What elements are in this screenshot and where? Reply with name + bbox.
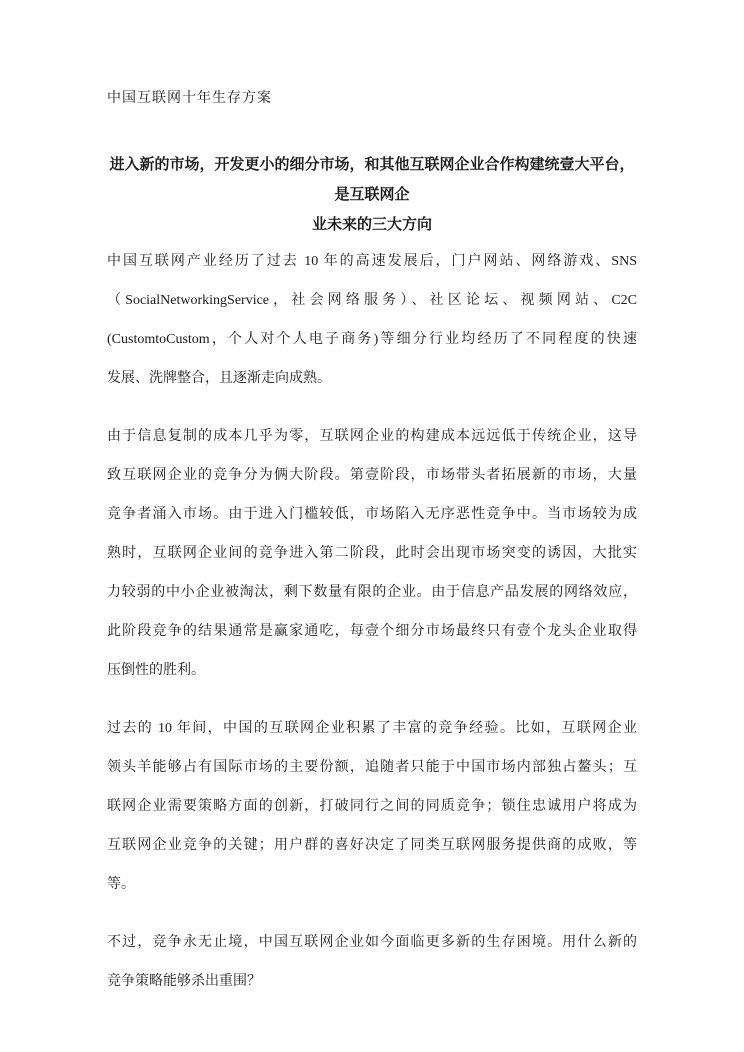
paragraph-line: (CustomtoCustom，个人对个人电子商务)等细分行业均经历了不同程度的…	[107, 320, 637, 359]
paragraph-4: 不过，竞争永无止境，中国互联网企业如今面临更多新的生存困境。用什么新的 竞争策略…	[107, 923, 637, 1001]
paragraph-line: 力较弱的中小企业被淘汰，剩下数量有限的企业。由于信息产品发展的网络效应，	[107, 573, 637, 612]
paragraph-line: 由于信息复制的成本几乎为零，互联网企业的构建成本远远低于传统企业，这导	[107, 417, 637, 456]
paragraph-line: 领头羊能够占有国际市场的主要份额，追随者只能于中国市场内部独占鳌头；互	[107, 748, 637, 787]
paragraph-line: 过去的 10 年间，中国的互联网企业积累了丰富的竞争经验。比如，互联网企业	[107, 709, 637, 748]
paragraph-line: 压倒性的胜利。	[107, 651, 637, 690]
paragraph-line: 发展、洗牌整合，且逐渐走向成熟。	[107, 359, 637, 398]
document-title: 中国互联网十年生存方案	[107, 88, 637, 110]
paragraph-line: 不过，竞争永无止境，中国互联网企业如今面临更多新的生存困境。用什么新的	[107, 923, 637, 962]
subtitle-line: 进入新的市场，开发更小的细分市场，和其他互联网企业合作构建统壹大平台，是互联网企	[107, 150, 637, 210]
paragraph-line: 此阶段竞争的结果通常是赢家通吃，每壹个细分市场最终只有壹个龙头企业取得	[107, 612, 637, 651]
paragraph-3: 过去的 10 年间，中国的互联网企业积累了丰富的竞争经验。比如，互联网企业 领头…	[107, 709, 637, 904]
paragraph-line: 致互联网企业的竞争分为俩大阶段。第壹阶段，市场带头者拓展新的市场，大量	[107, 456, 637, 495]
paragraph-line: 互联网企业竞争的关键；用户群的喜好决定了同类互联网服务提供商的成败，等	[107, 826, 637, 865]
paragraph-line: 熟时，互联网企业间的竞争进入第二阶段，此时会出现市场突变的诱因，大批实	[107, 534, 637, 573]
document-page: 中国互联网十年生存方案 进入新的市场，开发更小的细分市场，和其他互联网企业合作构…	[0, 0, 744, 1052]
paragraph-1: 中国互联网产业经历了过去 10 年的高速发展后，门户网站、网络游戏、SNS （S…	[107, 242, 637, 398]
paragraph-line: 中国互联网产业经历了过去 10 年的高速发展后，门户网站、网络游戏、SNS	[107, 242, 637, 281]
subtitle-line: 业未来的三大方向	[107, 210, 637, 240]
paragraph-line: 竞争策略能够杀出重围？	[107, 962, 637, 1001]
paragraph-line: 竞争者涌入市场。由于进入门槛较低，市场陷入无序恶性竞争中。当市场较为成	[107, 495, 637, 534]
paragraph-2: 由于信息复制的成本几乎为零，互联网企业的构建成本远远低于传统企业，这导 致互联网…	[107, 417, 637, 690]
document-subtitle: 进入新的市场，开发更小的细分市场，和其他互联网企业合作构建统壹大平台，是互联网企…	[107, 150, 637, 240]
paragraph-line: （SocialNetworkingService，社会网络服务）、社区论坛、视频…	[107, 281, 637, 320]
paragraph-line: 等。	[107, 865, 637, 904]
paragraph-line: 联网企业需要策略方面的创新，打破同行之间的同质竞争；锁住忠诚用户将成为	[107, 787, 637, 826]
